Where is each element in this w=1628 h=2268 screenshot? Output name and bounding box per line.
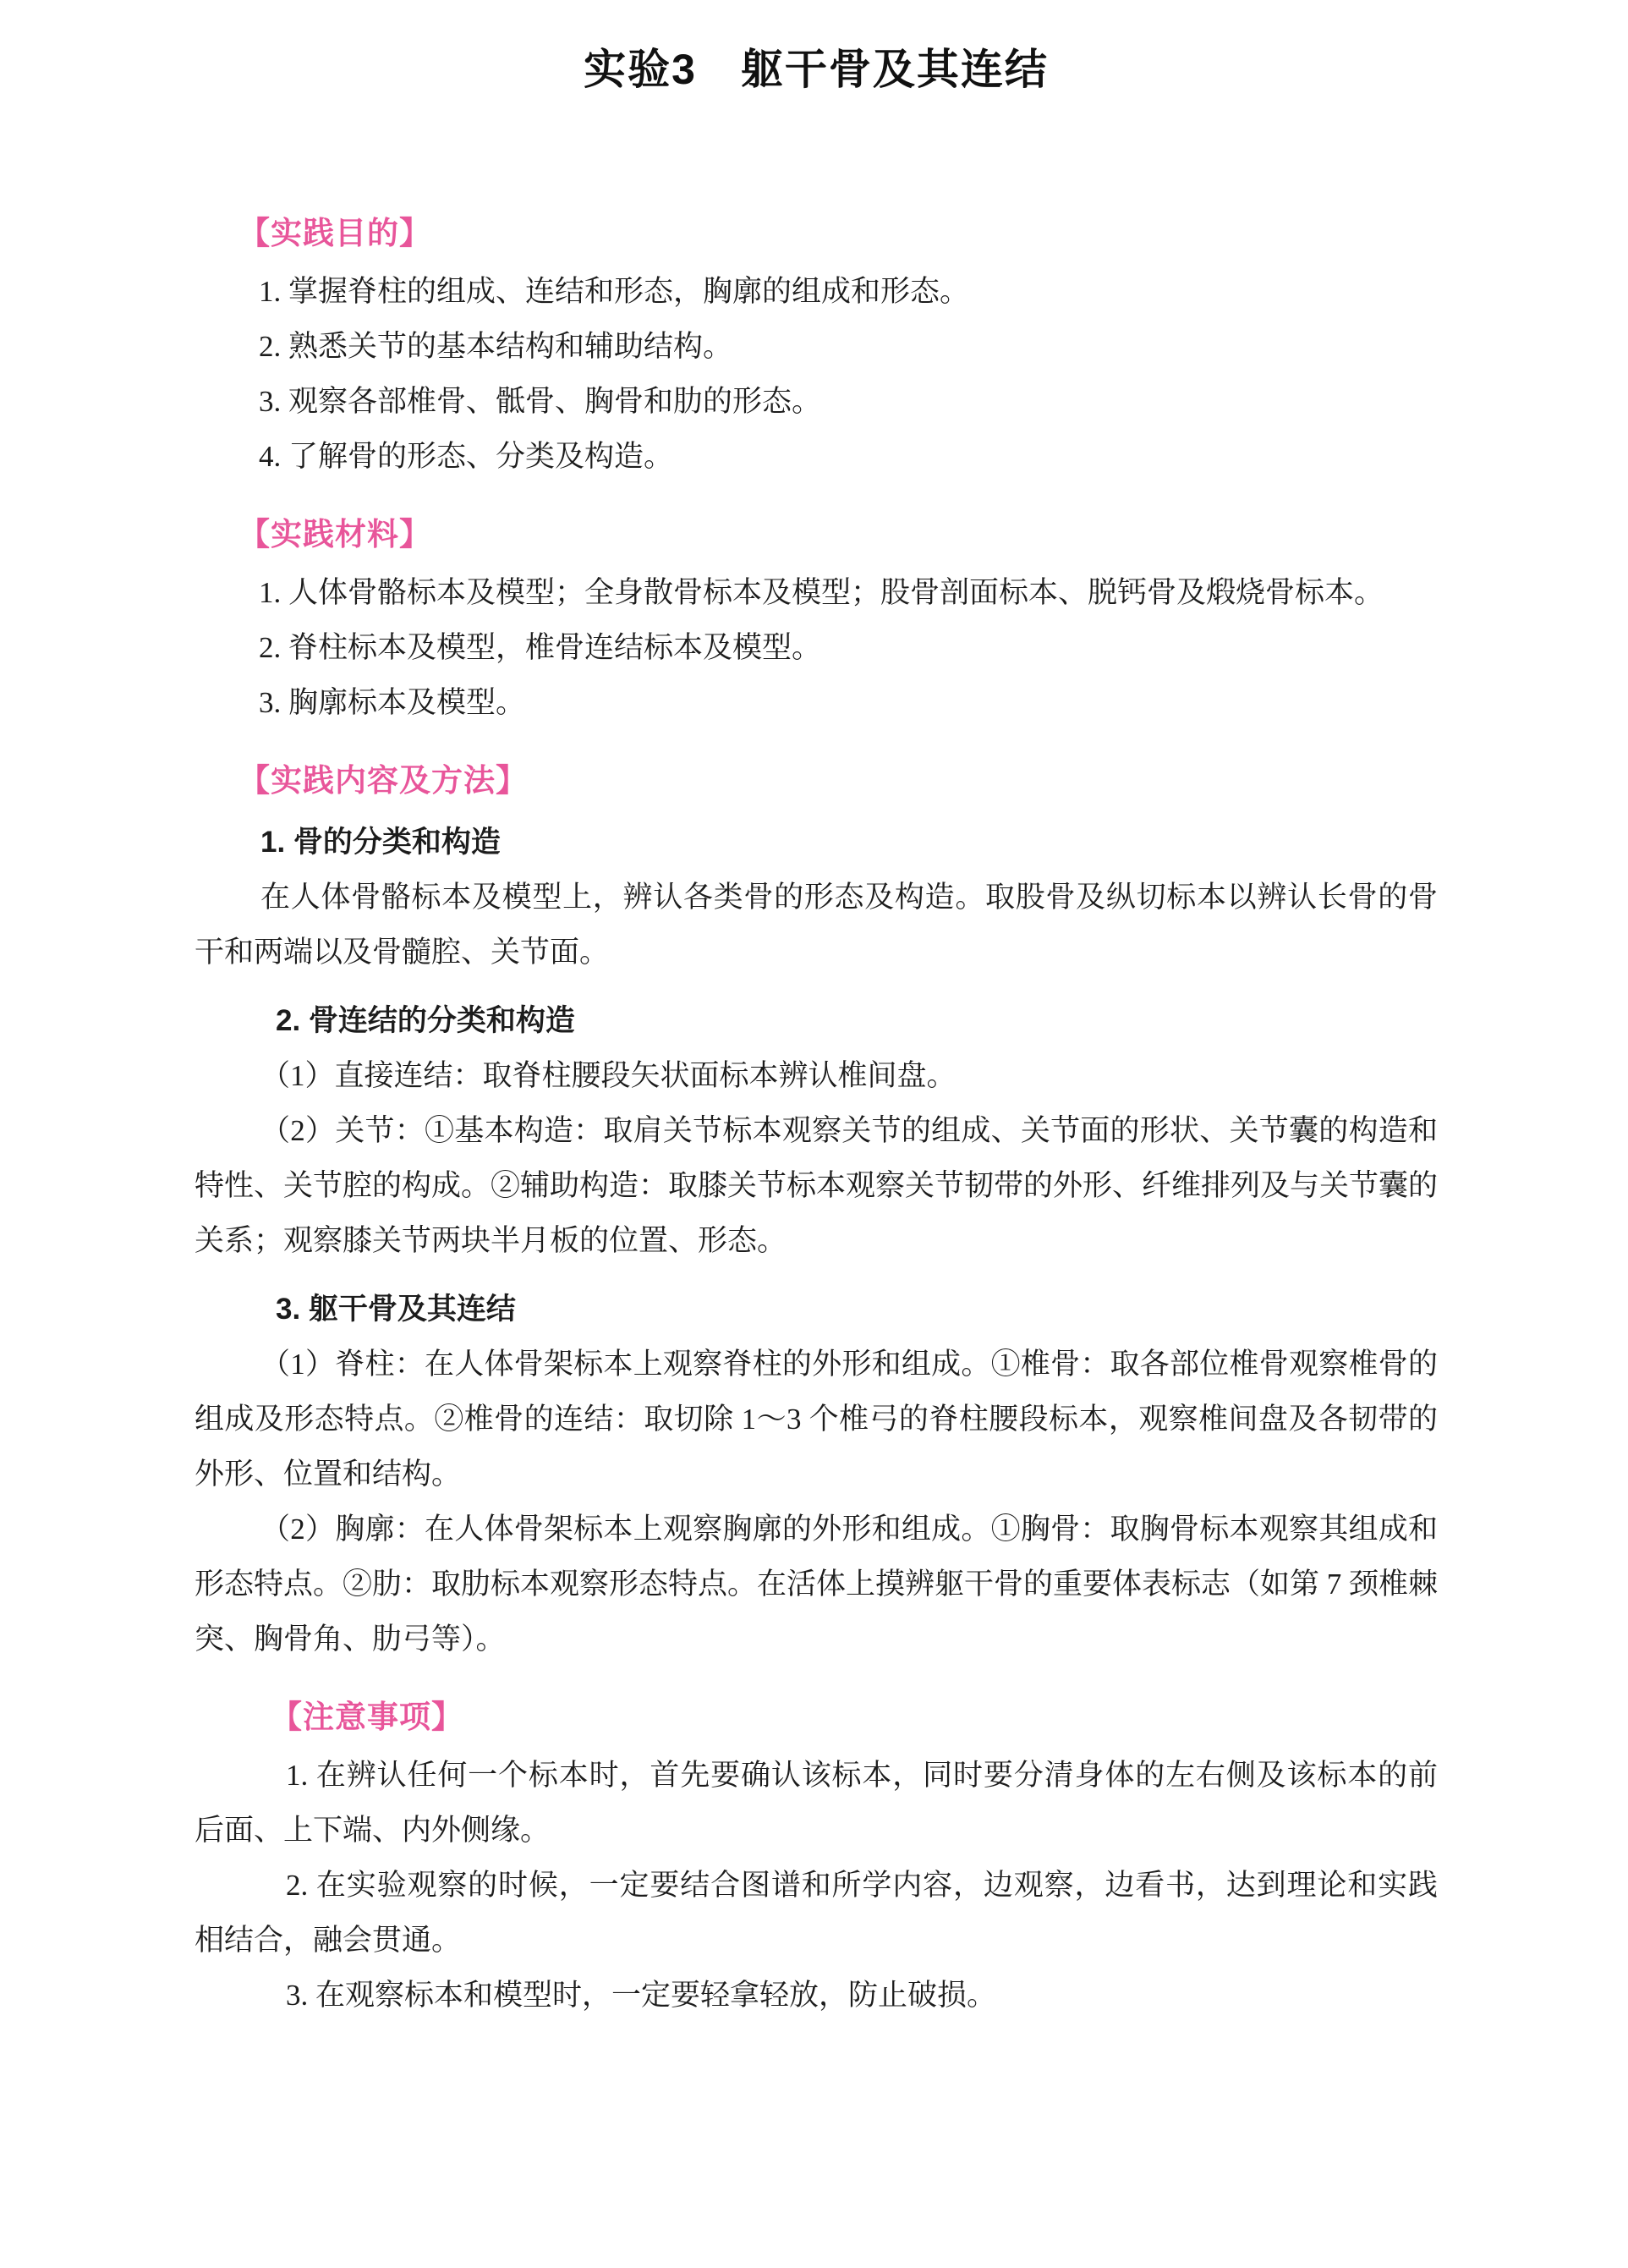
- subheading-bone-connection: 2. 骨连结的分类和构造: [195, 993, 1438, 1048]
- page-title: 实验3 躯干骨及其连结: [195, 44, 1438, 95]
- materials-item-3: 3. 胸廓标本及模型。: [195, 675, 1438, 730]
- section-heading-notes: 【注意事项】: [195, 1697, 1438, 1738]
- paragraph-thorax: （2）胸廓：在人体骨架标本上观察胸廓的外形和组成。①胸骨：取胸骨标本观察其组成和…: [195, 1502, 1438, 1667]
- section-heading-purpose: 【实践目的】: [195, 213, 1438, 254]
- paragraph-bone-classification: 在人体骨骼标本及模型上，辨认各类骨的形态及构造。取股骨及纵切标本以辨认长骨的骨干…: [195, 870, 1438, 980]
- purpose-item-1: 1. 掌握脊柱的组成、连结和形态，胸廓的组成和形态。: [195, 264, 1438, 319]
- purpose-item-3: 3. 观察各部椎骨、骶骨、胸骨和肋的形态。: [195, 374, 1438, 429]
- section-heading-materials: 【实践材料】: [195, 514, 1438, 555]
- paragraph-joints: （2）关节：①基本构造：取肩关节标本观察关节的组成、关节面的形状、关节囊的构造和…: [195, 1103, 1438, 1268]
- section-content-methods: 【实践内容及方法】 1. 骨的分类和构造 在人体骨骼标本及模型上，辨认各类骨的形…: [195, 761, 1438, 1667]
- purpose-item-2: 2. 熟悉关节的基本结构和辅助结构。: [195, 319, 1438, 374]
- section-heading-content-methods: 【实践内容及方法】: [195, 761, 1438, 801]
- subheading-trunk-bones: 3. 躯干骨及其连结: [195, 1282, 1438, 1337]
- section-notes: 【注意事项】 1. 在辨认任何一个标本时，首先要确认该标本，同时要分清身体的左右…: [195, 1697, 1438, 2023]
- section-materials: 【实践材料】 1. 人体骨骼标本及模型；全身散骨标本及模型；股骨剖面标本、脱钙骨…: [195, 514, 1438, 730]
- document-page: 实验3 躯干骨及其连结 【实践目的】 1. 掌握脊柱的组成、连结和形态，胸廓的组…: [0, 0, 1628, 2268]
- materials-item-1: 1. 人体骨骼标本及模型；全身散骨标本及模型；股骨剖面标本、脱钙骨及煅烧骨标本。: [195, 565, 1438, 620]
- notes-item-2: 2. 在实验观察的时候，一定要结合图谱和所学内容，边观察，边看书，达到理论和实践…: [195, 1858, 1438, 1968]
- paragraph-direct-connection: （1）直接连结：取脊柱腰段矢状面标本辨认椎间盘。: [195, 1048, 1438, 1103]
- paragraph-vertebral-column: （1）脊柱：在人体骨架标本上观察脊柱的外形和组成。①椎骨：取各部位椎骨观察椎骨的…: [195, 1337, 1438, 1502]
- subheading-bone-classification: 1. 骨的分类和构造: [195, 815, 1438, 870]
- purpose-item-4: 4. 了解骨的形态、分类及构造。: [195, 429, 1438, 484]
- notes-item-3: 3. 在观察标本和模型时，一定要轻拿轻放，防止破损。: [195, 1968, 1438, 2023]
- section-purpose: 【实践目的】 1. 掌握脊柱的组成、连结和形态，胸廓的组成和形态。 2. 熟悉关…: [195, 213, 1438, 484]
- notes-item-1: 1. 在辨认任何一个标本时，首先要确认该标本，同时要分清身体的左右侧及该标本的前…: [195, 1748, 1438, 1858]
- materials-item-2: 2. 脊柱标本及模型，椎骨连结标本及模型。: [195, 620, 1438, 675]
